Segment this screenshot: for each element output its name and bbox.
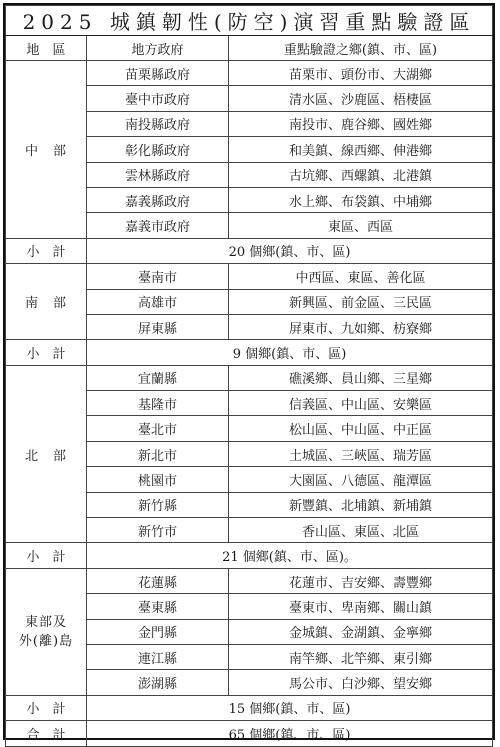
subtotal-label: 小 計: [6, 543, 87, 568]
subtotal-label: 小 計: [6, 238, 87, 263]
table-row: 中 部 苗栗縣政府 苗栗市、頭份市、大湖鄉: [6, 61, 493, 86]
region-east-line2: 外(離)島: [6, 632, 86, 651]
subtotal-row-south: 小 計 9 個鄉(鎮、市、區): [6, 340, 493, 365]
header-row: 地 區 地方政府 重點驗證之鄉(鎮、市、區): [6, 36, 493, 61]
region-east-line1: 東部及: [6, 613, 86, 632]
subtotal-label: 小 計: [6, 695, 87, 720]
towns-cell: 信義區、中山區、安樂區: [229, 391, 493, 416]
subtotal-value: 21 個鄉(鎮、市、區)。: [87, 543, 493, 568]
verification-table: 2025 城鎮韌性(防空)演習重點驗證區 地 區 地方政府 重點驗證之鄉(鎮、市…: [5, 5, 493, 745]
total-row: 合 計 65 個鄉(鎮、市、區): [6, 721, 493, 745]
towns-cell: 新興區、前金區、三民區: [229, 289, 493, 314]
title-row: 2025 城鎮韌性(防空)演習重點驗證區: [6, 6, 493, 36]
header-local-government: 地方政府: [87, 36, 229, 61]
gov-cell: 澎湖縣: [87, 670, 229, 695]
gov-cell: 宜蘭縣: [87, 365, 229, 390]
gov-cell: 連江縣: [87, 644, 229, 669]
towns-cell: 馬公市、白沙鄉、望安鄉: [229, 670, 493, 695]
towns-cell: 水上鄉、布袋鎮、中埔鄉: [229, 187, 493, 212]
towns-cell: 中西區、東區、善化區: [229, 264, 493, 289]
table-row: 北 部 宜蘭縣 礁溪鄉、員山鄉、三星鄉: [6, 365, 493, 390]
table-row: 東部及 外(離)島 花蓮縣 花蓮市、吉安鄉、壽豐鄉: [6, 568, 493, 593]
verification-table-sheet: 2025 城鎮韌性(防空)演習重點驗證區 地 區 地方政府 重點驗證之鄉(鎮、市…: [3, 3, 495, 740]
gov-cell: 南投縣政府: [87, 111, 229, 136]
gov-cell: 彰化縣政府: [87, 137, 229, 162]
towns-cell: 和美鎮、線西鄉、伸港鄉: [229, 137, 493, 162]
gov-cell: 高雄市: [87, 289, 229, 314]
towns-cell: 土城區、三峽區、瑞芳區: [229, 441, 493, 466]
towns-cell: 南竿鄉、北竿鄉、東引鄉: [229, 644, 493, 669]
gov-cell: 臺南市: [87, 264, 229, 289]
gov-cell: 臺北市: [87, 416, 229, 441]
region-east-outlying: 東部及 外(離)島: [6, 568, 87, 695]
gov-cell: 雲林縣政府: [87, 162, 229, 187]
towns-cell: 新豐鎮、北埔鎮、新埔鎮: [229, 492, 493, 517]
gov-cell: 新竹市: [87, 518, 229, 543]
gov-cell: 新北市: [87, 441, 229, 466]
gov-cell: 嘉義縣政府: [87, 187, 229, 212]
towns-cell: 香山區、東區、北區: [229, 518, 493, 543]
region-central: 中 部: [6, 61, 87, 239]
towns-cell: 東區、西區: [229, 213, 493, 238]
total-label: 合 計: [6, 721, 87, 745]
gov-cell: 屏東縣: [87, 314, 229, 339]
towns-cell: 礁溪鄉、員山鄉、三星鄉: [229, 365, 493, 390]
table-row: 南 部 臺南市 中西區、東區、善化區: [6, 264, 493, 289]
gov-cell: 嘉義市政府: [87, 213, 229, 238]
towns-cell: 花蓮市、吉安鄉、壽豐鄉: [229, 568, 493, 593]
subtotal-label: 小 計: [6, 340, 87, 365]
gov-cell: 苗栗縣政府: [87, 61, 229, 86]
towns-cell: 苗栗市、頭份市、大湖鄉: [229, 61, 493, 86]
subtotal-row-central: 小 計 20 個鄉(鎮、市、區): [6, 238, 493, 263]
towns-cell: 屏東市、九如鄉、枋寮鄉: [229, 314, 493, 339]
towns-cell: 清水區、沙鹿區、梧棲區: [229, 86, 493, 111]
subtotal-value: 15 個鄉(鎮、市、區): [87, 695, 493, 720]
towns-cell: 古坑鄉、西螺鎮、北港鎮: [229, 162, 493, 187]
gov-cell: 桃園市: [87, 467, 229, 492]
gov-cell: 新竹縣: [87, 492, 229, 517]
towns-cell: 臺東市、卑南鄉、關山鎮: [229, 594, 493, 619]
towns-cell: 大園區、八德區、龍潭區: [229, 467, 493, 492]
gov-cell: 基隆市: [87, 391, 229, 416]
gov-cell: 臺東縣: [87, 594, 229, 619]
region-south: 南 部: [6, 264, 87, 340]
towns-cell: 南投市、鹿谷鄉、國姓鄉: [229, 111, 493, 136]
total-value: 65 個鄉(鎮、市、區): [87, 721, 493, 745]
gov-cell: 臺中市政府: [87, 86, 229, 111]
header-region: 地 區: [6, 36, 87, 61]
subtotal-row-north: 小 計 21 個鄉(鎮、市、區)。: [6, 543, 493, 568]
subtotal-value: 20 個鄉(鎮、市、區): [87, 238, 493, 263]
subtotal-row-east: 小 計 15 個鄉(鎮、市、區): [6, 695, 493, 720]
table-title: 2025 城鎮韌性(防空)演習重點驗證區: [6, 6, 493, 36]
gov-cell: 花蓮縣: [87, 568, 229, 593]
header-key-towns: 重點驗證之鄉(鎮、市、區): [229, 36, 493, 61]
towns-cell: 金城鎮、金湖鎮、金寧鄉: [229, 619, 493, 644]
towns-cell: 松山區、中山區、中正區: [229, 416, 493, 441]
region-north: 北 部: [6, 365, 87, 543]
subtotal-value: 9 個鄉(鎮、市、區): [87, 340, 493, 365]
gov-cell: 金門縣: [87, 619, 229, 644]
